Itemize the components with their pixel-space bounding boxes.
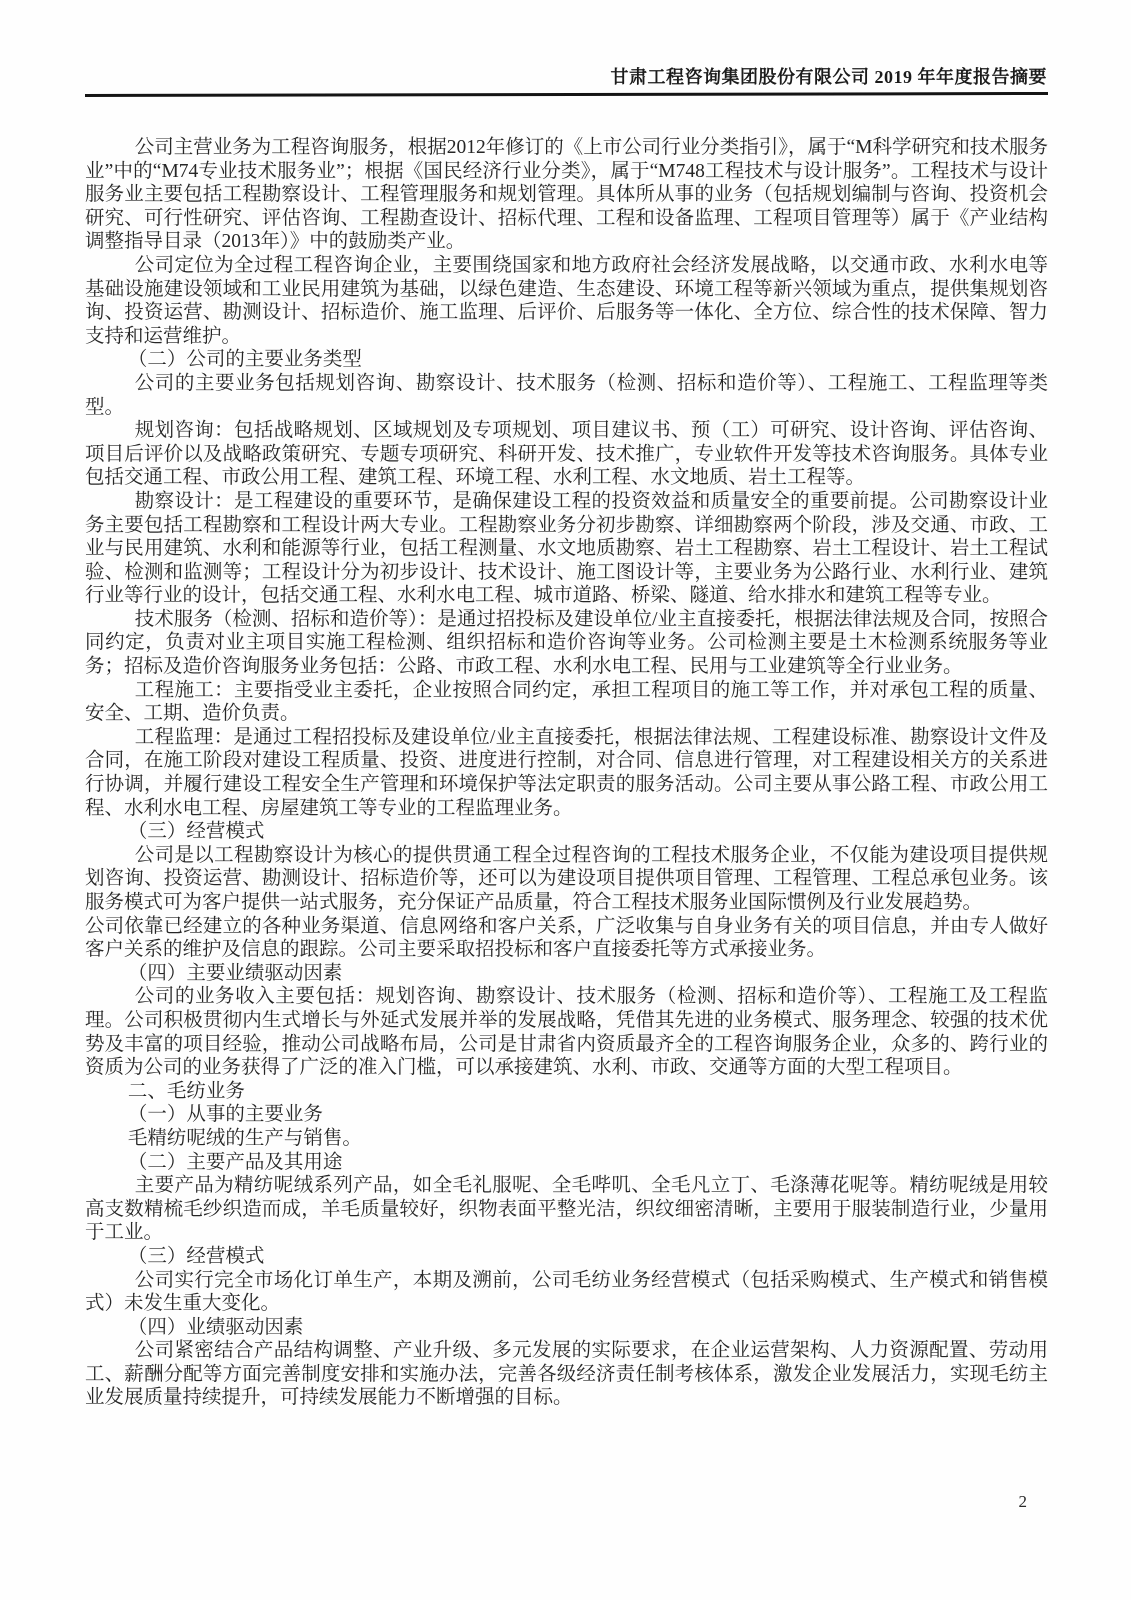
paragraph: 工程施工：主要指受业主委托，企业按照合同约定，承担工程项目的施工等工作，并对承包… <box>85 679 1048 726</box>
section-heading: （三）经营模式 <box>85 820 1048 844</box>
paragraph: 公司定位为全过程工程咨询企业，主要围绕国家和地方政府社会经济发展战略，以交通市政… <box>85 254 1048 348</box>
paragraph: 公司紧密结合产品结构调整、产业升级、多元发展的实际要求，在企业运营架构、人力资源… <box>85 1339 1048 1410</box>
paragraph: 毛精纺呢绒的生产与销售。 <box>85 1127 1048 1151</box>
paragraph: 公司主营业务为工程咨询服务，根据2012年修订的《上市公司行业分类指引》，属于“… <box>85 136 1048 254</box>
paragraph: 规划咨询：包括战略规划、区域规划及专项规划、项目建议书、预（工）可研究、设计咨询… <box>85 419 1048 490</box>
section-heading: 二、毛纺业务 <box>85 1080 1048 1104</box>
paragraph: 公司实行完全市场化订单生产，本期及溯前，公司毛纺业务经营模式（包括采购模式、生产… <box>85 1269 1048 1316</box>
section-heading: （一）从事的主要业务 <box>85 1103 1048 1127</box>
section-heading: （二）主要产品及其用途 <box>85 1151 1048 1175</box>
section-heading: （三）经营模式 <box>85 1245 1048 1269</box>
header-rule <box>85 92 1048 97</box>
running-header-title: 甘肃工程咨询集团股份有限公司 2019 年年度报告摘要 <box>85 63 1047 89</box>
report-body: 公司主营业务为工程咨询服务，根据2012年修订的《上市公司行业分类指引》，属于“… <box>85 136 1048 1410</box>
paragraph: 勘察设计：是工程建设的重要环节，是确保建设工程的投资效益和质量安全的重要前提。公… <box>85 490 1048 608</box>
paragraph: 公司的主要业务包括规划咨询、勘察设计、技术服务（检测、招标和造价等）、工程施工、… <box>85 372 1048 419</box>
paragraph: 公司是以工程勘察设计为核心的提供贯通工程全过程咨询的工程技术服务企业，不仅能为建… <box>85 844 1048 915</box>
page-number: 2 <box>1019 1492 1028 1512</box>
paragraph: 主要产品为精纺呢绒系列产品，如全毛礼服呢、全毛哔叽、全毛凡立丁、毛涤薄花呢等。精… <box>85 1174 1048 1245</box>
paragraph: 工程监理：是通过工程招投标及建设单位/业主直接委托，根据法律法规、工程建设标准、… <box>85 726 1048 820</box>
section-heading: （二）公司的主要业务类型 <box>85 348 1048 372</box>
paragraph: 公司依靠已经建立的各种业务渠道、信息网络和客户关系，广泛收集与自身业务有关的项目… <box>85 915 1048 962</box>
paragraph: 技术服务（检测、招标和造价等）：是通过招投标及建设单位/业主直接委托，根据法律法… <box>85 608 1048 679</box>
paragraph: 公司的业务收入主要包括：规划咨询、勘察设计、技术服务（检测、招标和造价等）、工程… <box>85 985 1048 1079</box>
report-page: 甘肃工程咨询集团股份有限公司 2019 年年度报告摘要 公司主营业务为工程咨询服… <box>0 0 1131 1600</box>
section-heading: （四）业绩驱动因素 <box>85 1316 1048 1340</box>
section-heading: （四）主要业绩驱动因素 <box>85 962 1048 986</box>
